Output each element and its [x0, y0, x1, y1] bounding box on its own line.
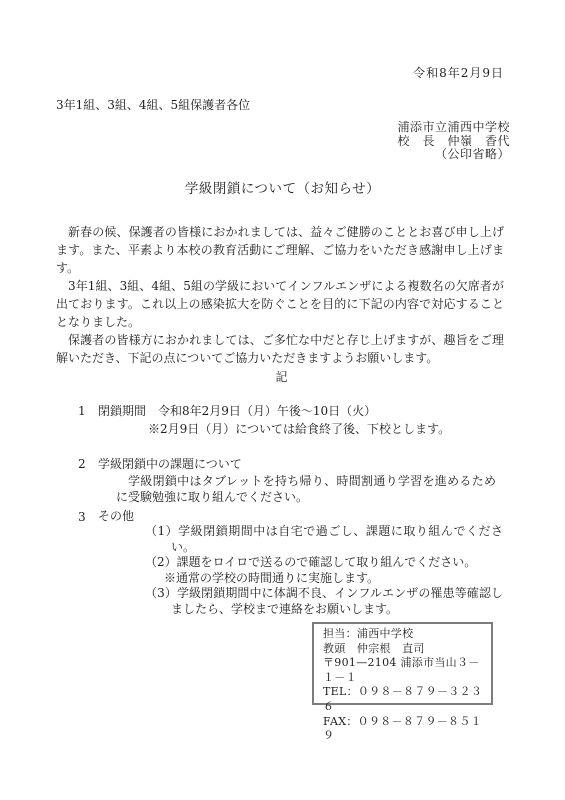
document-title: 学級閉鎖について（お知らせ） — [0, 179, 565, 199]
body-paragraph-request: 保護者の皆様方におかれましては、ご多忙な中だと存じ上げますが、趣旨をご理解いただ… — [56, 331, 504, 367]
homework-heading: 学級閉鎖中の課題について — [98, 455, 504, 473]
sender-block: 浦添市立浦西中学校 校 長 仲嶺 香代 （公印省略） — [397, 121, 510, 162]
body-paragraph-situation: 3年1組、3組、4組、5組の学級においてインフルエンザによる複数名の欠席者が出て… — [56, 277, 504, 331]
sub-item-marker: （1） — [145, 524, 178, 538]
sub-item-contact-school: （3）学級閉鎖期間中に体調不良、インフルエンザの罹患等確認しましたら、学校まで連… — [145, 586, 503, 617]
other-sub-list: （1）学級閉鎖期間中は自宅で過ごし、課題に取り組んでください。 （2）課題をロイ… — [145, 524, 503, 617]
item-number: 1 — [78, 402, 98, 438]
notice-document-page: 令和8年2月9日 3年1組、3組、4組、5組保護者各位 浦添市立浦西中学校 校 … — [0, 0, 565, 800]
item-content: 閉鎖期間 令和8年2月9日（月）午後～10日（火） ※2月9日（月）については給… — [98, 402, 504, 438]
contact-address: 〒901—2104 浦添市当山３－１－１ — [323, 656, 487, 685]
sub-item-marker: （3） — [145, 586, 177, 600]
other-heading: その他 — [98, 508, 504, 524]
contact-in-charge: 担当：浦西中学校 — [323, 627, 487, 642]
item-content: その他 （1）学級閉鎖期間中は自宅で過ごし、課題に取り組んでください。 （2）課… — [98, 508, 504, 617]
item-homework: 2 学級閉鎖中の課題について 学級閉鎖中はタブレットを持ち帰り、時間割通り学習を… — [78, 455, 504, 505]
item-number: 3 — [78, 508, 98, 617]
item-other: 3 その他 （1）学級閉鎖期間中は自宅で過ごし、課題に取り組んでください。 （2… — [78, 508, 504, 617]
sub-item-text: 学級閉鎖期間中に体調不良、インフルエンザの罹患等確認しましたら、学校まで連絡をお… — [171, 586, 503, 616]
document-date: 令和8年2月9日 — [413, 64, 504, 82]
body-paragraphs: 新春の候、保護者の皆様におかれましては、益々ご健勝のこととお喜び申し上げます。ま… — [56, 223, 504, 367]
sub-item-stay-home: （1）学級閉鎖期間中は自宅で過ごし、課題に取り組んでください。 — [145, 524, 503, 555]
contact-fax: FAX：０９８－８７９－８５１９ — [323, 715, 487, 744]
contact-vice-principal: 教頭 仲宗根 直司 — [323, 642, 487, 657]
item-number: 2 — [78, 455, 98, 505]
item-content: 学級閉鎖中の課題について 学級閉鎖中はタブレットを持ち帰り、時間割通り学習を進め… — [98, 455, 504, 505]
sender-school: 浦添市立浦西中学校 — [397, 121, 510, 135]
sender-principal: 校 長 仲嶺 香代 — [397, 135, 510, 149]
sub-item-loilo-tasks: （2）課題をロイロで送るので確認して取り組んでください。 — [145, 555, 503, 571]
homework-detail: 学級閉鎖中はタブレットを持ち帰り、時間割通り学習を進めるために受験勉強に取り組ん… — [116, 473, 496, 505]
sub-item-marker: （2） — [145, 555, 177, 569]
contact-tel: TEL：０９８－８７９－３２３６ — [323, 685, 487, 714]
sub-item-text: 学級閉鎖期間中は自宅で過ごし、課題に取り組んでください。 — [171, 524, 503, 554]
sender-seal-note: （公印省略） — [397, 148, 510, 162]
closure-period-note: ※2月9日（月）については給食終了後、下校とします。 — [148, 420, 504, 438]
item-closure-period: 1 閉鎖期間 令和8年2月9日（月）午後～10日（火） ※2月9日（月）について… — [78, 402, 504, 438]
record-marker: 記 — [0, 368, 565, 386]
body-paragraph-greeting: 新春の候、保護者の皆様におかれましては、益々ご健勝のこととお喜び申し上げます。ま… — [56, 223, 504, 277]
sub-item-text: 課題をロイロで送るので確認して取り組んでください。 — [177, 555, 477, 569]
contact-info-box: 担当：浦西中学校 教頭 仲宗根 直司 〒901—2104 浦添市当山３－１－１ … — [312, 622, 493, 705]
addressee-line: 3年1組、3組、4組、5組保護者各位 — [56, 96, 250, 114]
sub-item-schedule-note: ※通常の学校の時間通りに実施します。 — [164, 571, 503, 587]
closure-period-heading: 閉鎖期間 令和8年2月9日（月）午後～10日（火） — [98, 402, 504, 420]
